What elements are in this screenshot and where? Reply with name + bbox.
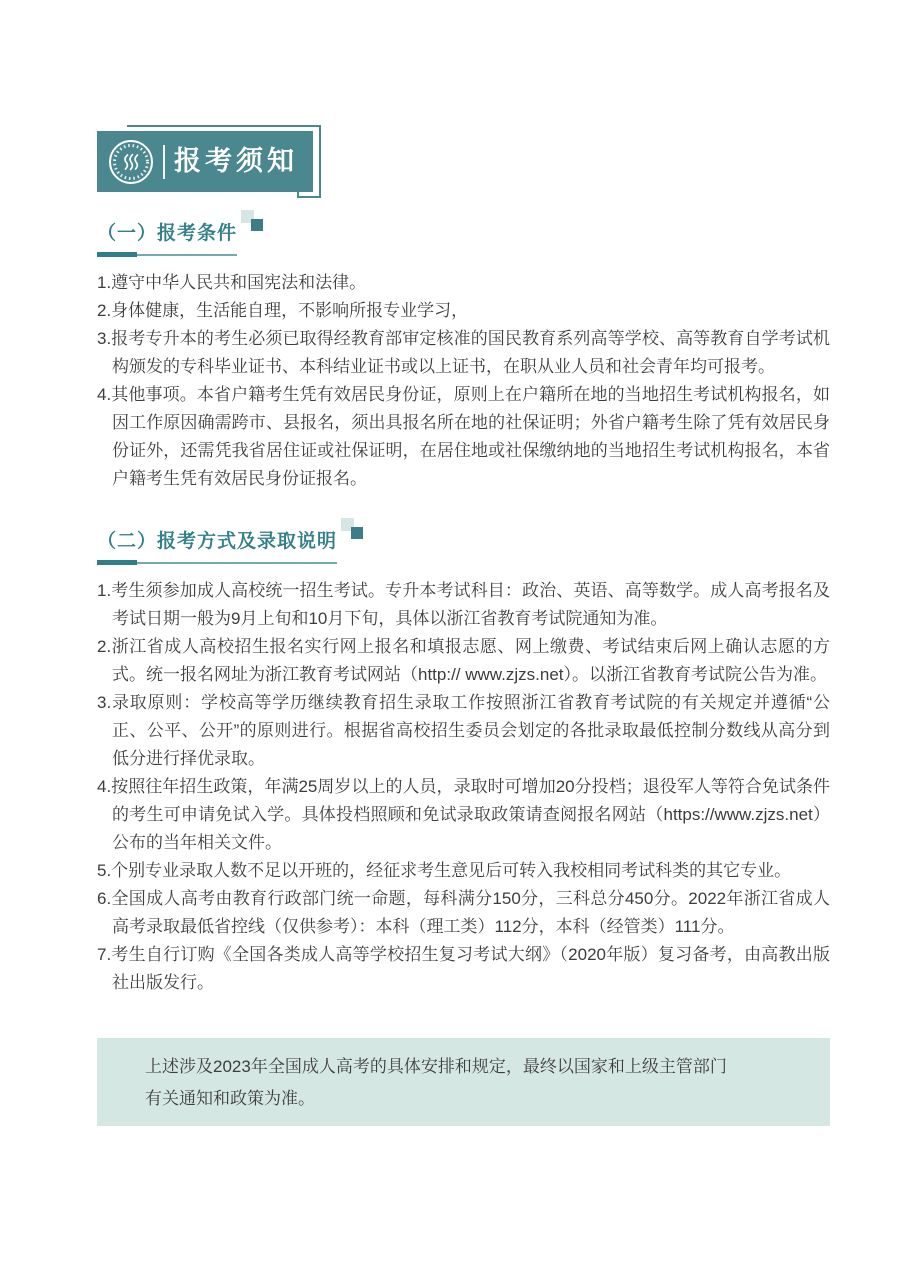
- notice-line: 有关通知和政策为准。: [145, 1083, 770, 1115]
- underline-thick-segment: [97, 560, 137, 565]
- section-item-list: 1.考生须参加成人高校统一招生考试。专升本考试科目：政治、英语、高等数学。成人高…: [97, 577, 830, 997]
- list-item: 4.按照往年招生政策，年满25周岁以上的人员，录取时可增加20分投档；退役军人等…: [97, 773, 830, 857]
- list-item: 4.其他事项。本省户籍考生凭有效居民身份证，原则上在户籍所在地的当地招生考试机构…: [97, 381, 830, 493]
- list-item: 3.报考专升本的考生必须已取得经教育部审定核准的国民教育系列高等学校、高等教育自…: [97, 325, 830, 381]
- decor-square-dark: [251, 219, 263, 231]
- document-page: 报考须知 （一）报考条件 1.遵守中华人民共和国宪法和法律。 2.身体健康，生活…: [0, 0, 924, 1274]
- underline-thick-segment: [97, 252, 137, 257]
- page-header-banner: 报考须知: [97, 131, 313, 192]
- section-item-list: 1.遵守中华人民共和国宪法和法律。 2.身体健康，生活能自理，不影响所报专业学习…: [97, 269, 830, 493]
- page-title: 报考须知: [174, 148, 298, 175]
- list-item: 2.身体健康，生活能自理，不影响所报专业学习，: [97, 297, 830, 325]
- banner-divider: [163, 145, 165, 179]
- section-heading: （一）报考条件: [97, 221, 237, 247]
- section-heading-wrap: （二）报考方式及录取说明: [97, 529, 337, 565]
- heading-underline: [97, 560, 337, 565]
- notice-box: 上述涉及2023年全国成人高考的具体安排和规定，最终以国家和上级主管部门 有关通…: [97, 1038, 830, 1126]
- list-item: 2.浙江省成人高校招生报名实行网上报名和填报志愿、网上缴费、考试结束后网上确认志…: [97, 633, 830, 689]
- notice-line: 上述涉及2023年全国成人高考的具体安排和规定，最终以国家和上级主管部门: [145, 1051, 770, 1083]
- underline-thin-segment: [137, 562, 337, 564]
- section-registration-conditions: （一）报考条件 1.遵守中华人民共和国宪法和法律。 2.身体健康，生活能自理，不…: [97, 221, 830, 493]
- underline-thin-segment: [137, 254, 237, 256]
- section-heading-wrap: （一）报考条件: [97, 221, 237, 257]
- list-item: 6.全国成人高考由教育行政部门统一命题，每科满分150分，三科总分450分。20…: [97, 885, 830, 941]
- section-heading: （二）报考方式及录取说明: [97, 529, 337, 555]
- list-item: 1.遵守中华人民共和国宪法和法律。: [97, 269, 830, 297]
- decor-square-dark: [351, 527, 363, 539]
- university-seal-icon: [108, 139, 154, 185]
- heading-underline: [97, 252, 237, 257]
- list-item: 1.考生须参加成人高校统一招生考试。专升本考试科目：政治、英语、高等数学。成人高…: [97, 577, 830, 633]
- list-item: 7.考生自行订购《全国各类成人高等学校招生复习考试大纲》（2020年版）复习备考…: [97, 941, 830, 997]
- section-registration-method: （二）报考方式及录取说明 1.考生须参加成人高校统一招生考试。专升本考试科目：政…: [97, 529, 830, 997]
- list-item: 3.录取原则：学校高等学历继续教育招生录取工作按照浙江省教育考试院的有关规定并遵…: [97, 689, 830, 773]
- list-item: 5.个别专业录取人数不足以开班的，经征求考生意见后可转入我校相同考试科类的其它专…: [97, 857, 830, 885]
